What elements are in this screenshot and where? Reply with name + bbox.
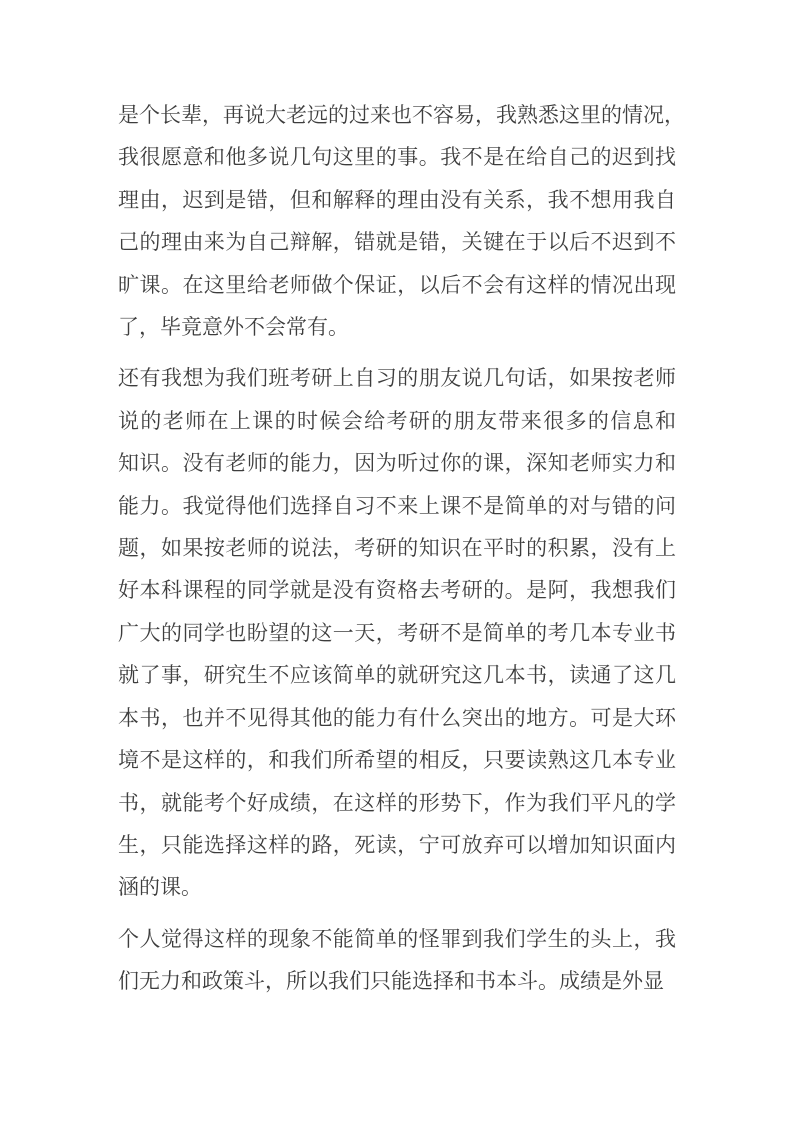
document-body: 是个长辈，再说大老远的过来也不容易，我熟悉这里的情况，我很愿意和他多说几句这里的… <box>118 94 676 1012</box>
text-line: 涵的课。 <box>118 866 676 908</box>
text-line: 个人觉得这样的现象不能简单的怪罪到我们学生的头上，我 <box>118 918 676 960</box>
paragraph: 个人觉得这样的现象不能简单的怪罪到我们学生的头上，我们无力和政策斗，所以我们只能… <box>118 918 676 1003</box>
text-line: 我很愿意和他多说几句这里的事。我不是在给自己的迟到找 <box>118 136 676 178</box>
text-line: 还有我想为我们班考研上自习的朋友说几句话，如果按老师 <box>118 357 676 399</box>
text-line: 就了事，研究生不应该简单的就研究这几本书，读通了这几 <box>118 654 676 696</box>
text-line: 理由，迟到是错，但和解释的理由没有关系，我不想用我自 <box>118 179 676 221</box>
paragraph: 是个长辈，再说大老远的过来也不容易，我熟悉这里的情况，我很愿意和他多说几句这里的… <box>118 94 676 348</box>
text-line: 说的老师在上课的时候会给考研的朋友带来很多的信息和 <box>118 400 676 442</box>
text-line: 们无力和政策斗，所以我们只能选择和书本斗。成绩是外显 <box>118 960 676 1002</box>
text-line: 了，毕竟意外不会常有。 <box>118 306 676 348</box>
text-line: 旷课。在这里给老师做个保证，以后不会有这样的情况出现 <box>118 264 676 306</box>
text-line: 是个长辈，再说大老远的过来也不容易，我熟悉这里的情况， <box>118 94 676 136</box>
paragraph: 还有我想为我们班考研上自习的朋友说几句话，如果按老师说的老师在上课的时候会给考研… <box>118 357 676 908</box>
text-line: 题，如果按老师的说法，考研的知识在平时的积累，没有上 <box>118 527 676 569</box>
document-page: 是个长辈，再说大老远的过来也不容易，我熟悉这里的情况，我很愿意和他多说几句这里的… <box>0 0 793 1122</box>
text-line: 能力。我觉得他们选择自习不来上课不是简单的对与错的问 <box>118 485 676 527</box>
text-line: 广大的同学也盼望的这一天，考研不是简单的考几本专业书 <box>118 612 676 654</box>
text-line: 知识。没有老师的能力，因为听过你的课，深知老师实力和 <box>118 442 676 484</box>
text-line: 好本科课程的同学就是没有资格去考研的。是阿，我想我们 <box>118 569 676 611</box>
text-line: 境不是这样的，和我们所希望的相反，只要读熟这几本专业 <box>118 739 676 781</box>
text-line: 本书，也并不见得其他的能力有什么突出的地方。可是大环 <box>118 697 676 739</box>
text-line: 书，就能考个好成绩，在这样的形势下，作为我们平凡的学 <box>118 782 676 824</box>
text-line: 己的理由来为自己辩解，错就是错，关键在于以后不迟到不 <box>118 221 676 263</box>
text-line: 生，只能选择这样的路，死读，宁可放弃可以增加知识面内 <box>118 824 676 866</box>
